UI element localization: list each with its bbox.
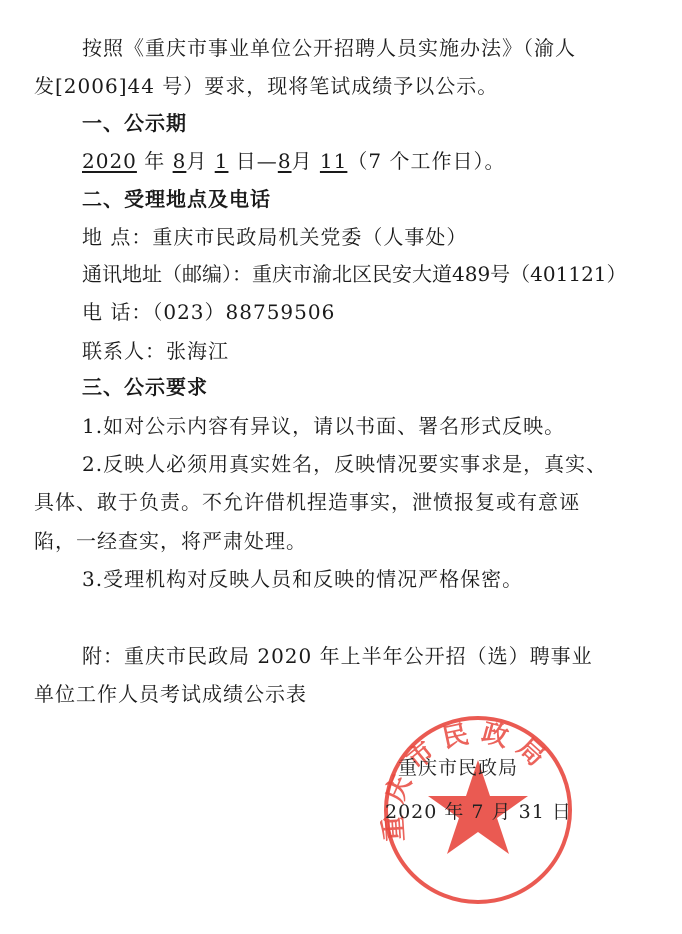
intro-line-1: 按照《重庆市事业单位公开招聘人员实施办法》（渝人 — [82, 36, 576, 60]
address-line: 通讯地址（邮编）：重庆市渝北区民安大道489号（401121） — [82, 262, 627, 286]
period-year: 2020 — [82, 149, 137, 173]
requirement-2-line-3: 陷，一经查实，将严肃处理。 — [34, 529, 307, 553]
contact-line: 联系人：张海江 — [82, 339, 229, 363]
period-start-month: 8 — [173, 149, 187, 173]
period-end-day: 11 — [320, 149, 347, 173]
publicity-period: 2020 年 8月 1 日—8月 11（7 个工作日）。 — [82, 149, 505, 173]
period-text-month: 月 — [186, 149, 214, 173]
period-text-year: 年 — [137, 149, 173, 173]
signature-date: 2020 年 7 月 31 日 — [385, 800, 572, 824]
period-start-day: 1 — [215, 149, 229, 173]
period-text-dash: 日— — [228, 149, 277, 173]
section-2-heading: 二、受理地点及电话 — [82, 187, 271, 211]
requirement-1: 1.如对公示内容有异议，请以书面、署名形式反映。 — [82, 414, 565, 438]
period-text-month-2: 月 — [292, 149, 320, 173]
period-suffix: （7 个工作日）。 — [347, 149, 505, 173]
attachment-line-1: 附：重庆市民政局 2020 年上半年公开招（选）聘事业 — [82, 644, 593, 668]
phone-line: 电 话：（023）88759506 — [82, 300, 335, 324]
section-3-heading: 三、公示要求 — [82, 375, 208, 399]
attachment-line-2: 单位工作人员考试成绩公示表 — [34, 682, 307, 706]
requirement-2-line-2: 具体、敢于负责。不允许借机捏造事实，泄愤报复或有意诬 — [34, 490, 580, 514]
period-end-month: 8 — [278, 149, 292, 173]
intro-line-2: 发[2006]44 号）要求，现将笔试成绩予以公示。 — [34, 74, 498, 98]
requirement-2-line-1: 2.反映人必须用真实姓名，反映情况要实事求是，真实、 — [82, 452, 607, 476]
signature-org: 重庆市民政局 — [398, 756, 518, 780]
location-line: 地 点：重庆市民政局机关党委（人事处） — [82, 225, 467, 249]
requirement-3: 3.受理机构对反映人员和反映的情况严格保密。 — [82, 567, 523, 591]
section-1-heading: 一、公示期 — [82, 111, 187, 135]
